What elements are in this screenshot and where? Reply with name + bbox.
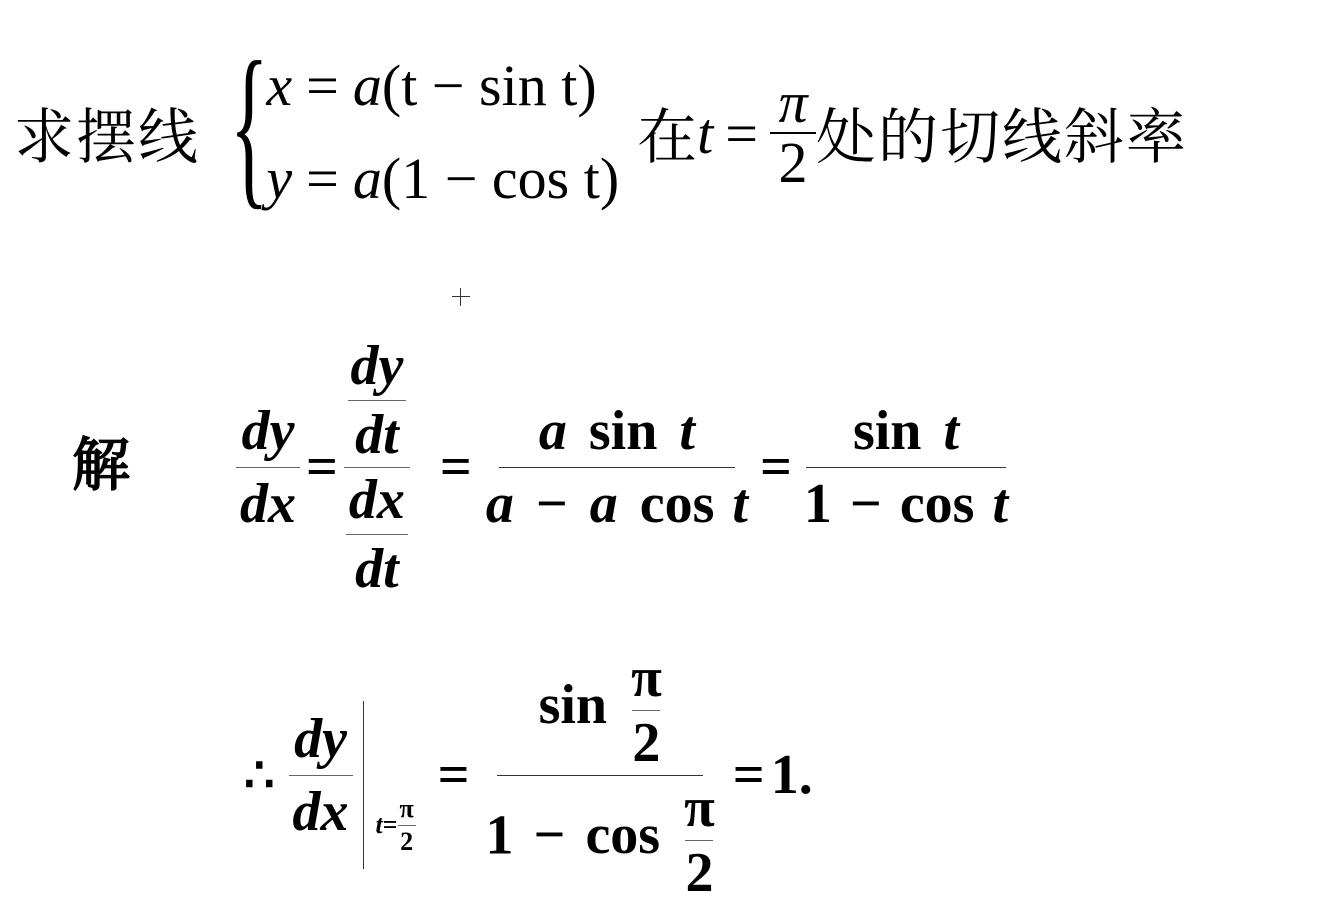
solution-step-2: ∴ dy dx t = π 2 = sin π 2 1 − cos	[244, 640, 813, 910]
equals: =	[725, 100, 758, 167]
pi-over-2: π 2	[770, 74, 816, 192]
final-result: 1.	[771, 743, 813, 807]
solution-label: 解	[72, 418, 130, 502]
problem-statement: 求摆线 { x = a (t − sin t) y = a (1 − cos t…	[14, 28, 1188, 238]
at-label: 在	[637, 90, 697, 176]
t-variable: t	[697, 100, 713, 167]
evaluation-bar	[363, 701, 364, 869]
equation-x: x = a (t − sin t)	[266, 40, 619, 133]
dy-dx-fraction: dy dx	[289, 711, 353, 840]
problem-suffix: 处的切线斜率	[816, 90, 1188, 176]
parametric-system: x = a (t − sin t) y = a (1 − cos t)	[266, 40, 619, 226]
therefore-symbol: ∴	[244, 747, 275, 803]
result-fraction: sin π 2 1 − cos π 2	[486, 650, 715, 901]
solution-step-1: dy dx = dy dt dx dt = a sin t a − a cos …	[236, 322, 1008, 612]
problem-prefix: 求摆线	[14, 90, 200, 176]
equation-y: y = a (1 − cos t)	[266, 133, 619, 226]
left-brace: {	[230, 35, 269, 215]
crosshair-cursor-icon	[452, 288, 470, 306]
nested-derivative-fraction: dy dt dx dt	[344, 338, 410, 597]
a-sin-over-a-cos-fraction: a sin t a − a cos t	[486, 403, 748, 532]
dy-dx-fraction: dy dx	[236, 403, 300, 532]
sin-over-1-minus-cos-fraction: sin t 1 − cos t	[804, 403, 1008, 532]
evaluation-point: t = π 2	[376, 796, 416, 855]
